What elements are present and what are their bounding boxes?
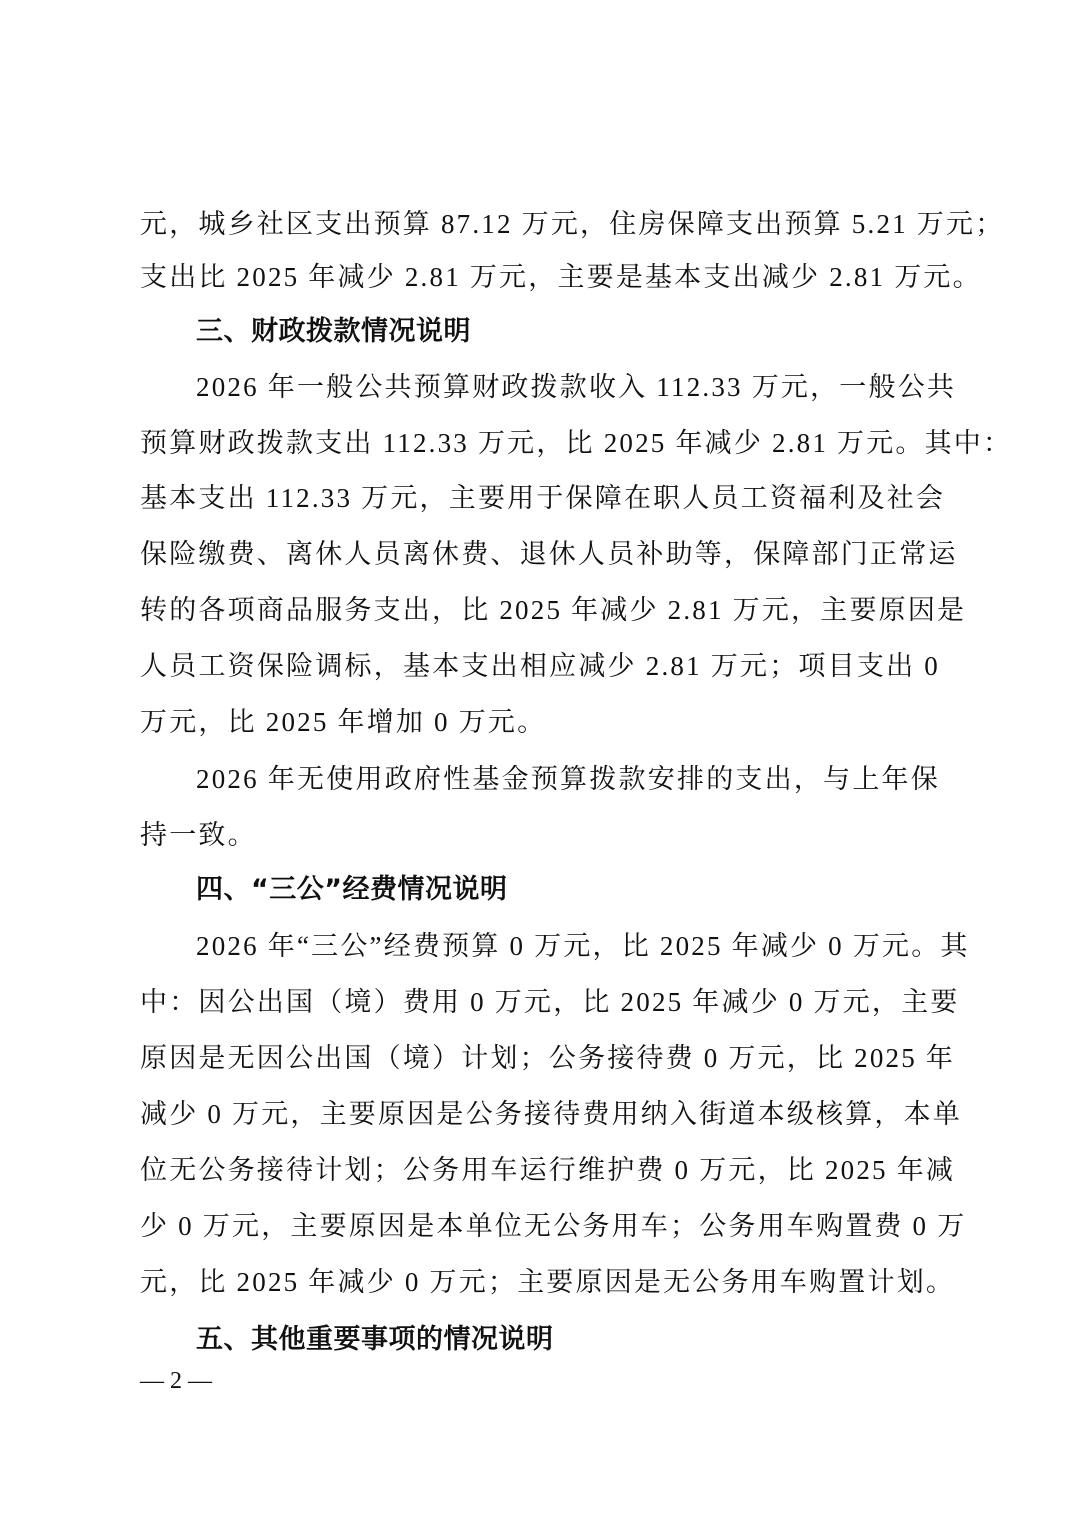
paragraph-line: 预算财政拨款支出 112.33 万元，比 2025 年减少 2.81 万元。其中… [140, 423, 940, 463]
page-number: — 2 — [140, 1364, 212, 1398]
section-heading-3: 三、财政拨款情况说明 [196, 312, 471, 352]
paragraph-line: 持一致。 [140, 815, 940, 855]
paragraph-line: 原因是无因公出国（境）计划；公务接待费 0 万元，比 2025 年 [140, 1038, 940, 1078]
paragraph-line: 减少 0 万元，主要原因是公务接待费用纳入街道本级核算，本单 [140, 1094, 940, 1134]
paragraph-line: 少 0 万元，主要原因是本单位无公务用车；公务用车购置费 0 万 [140, 1206, 940, 1246]
paragraph-line: 元，比 2025 年减少 0 万元；主要原因是无公务用车购置计划。 [140, 1262, 940, 1302]
paragraph-line: 支出比 2025 年减少 2.81 万元，主要是基本支出减少 2.81 万元。 [140, 257, 940, 297]
section-heading-4: 四、“三公”经费情况说明 [196, 870, 508, 910]
paragraph-line: 基本支出 112.33 万元，主要用于保障在职人员工资福利及社会 [140, 478, 940, 518]
paragraph-line: 转的各项商品服务支出，比 2025 年减少 2.81 万元，主要原因是 [140, 590, 940, 630]
paragraph-line: 元，城乡社区支出预算 87.12 万元，住房保障支出预算 5.21 万元； [140, 204, 940, 244]
paragraph-line: 2026 年无使用政府性基金预算拨款安排的支出，与上年保 [196, 759, 940, 799]
paragraph-line: 人员工资保险调标，基本支出相应减少 2.81 万元；项目支出 0 [140, 646, 940, 686]
paragraph-line: 2026 年一般公共预算财政拨款收入 112.33 万元，一般公共 [196, 367, 940, 407]
section-heading-5: 五、其他重要事项的情况说明 [196, 1320, 554, 1360]
document-page: 元，城乡社区支出预算 87.12 万元，住房保障支出预算 5.21 万元； 支出… [0, 0, 1074, 1520]
paragraph-line: 2026 年“三公”经费预算 0 万元，比 2025 年减少 0 万元。其 [196, 926, 940, 966]
paragraph-line: 位无公务接待计划；公务用车运行维护费 0 万元，比 2025 年减 [140, 1150, 940, 1190]
paragraph-line: 保险缴费、离休人员离休费、退休人员补助等，保障部门正常运 [140, 534, 940, 574]
paragraph-line: 中：因公出国（境）费用 0 万元，比 2025 年减少 0 万元，主要 [140, 982, 940, 1022]
paragraph-line: 万元，比 2025 年增加 0 万元。 [140, 702, 940, 742]
